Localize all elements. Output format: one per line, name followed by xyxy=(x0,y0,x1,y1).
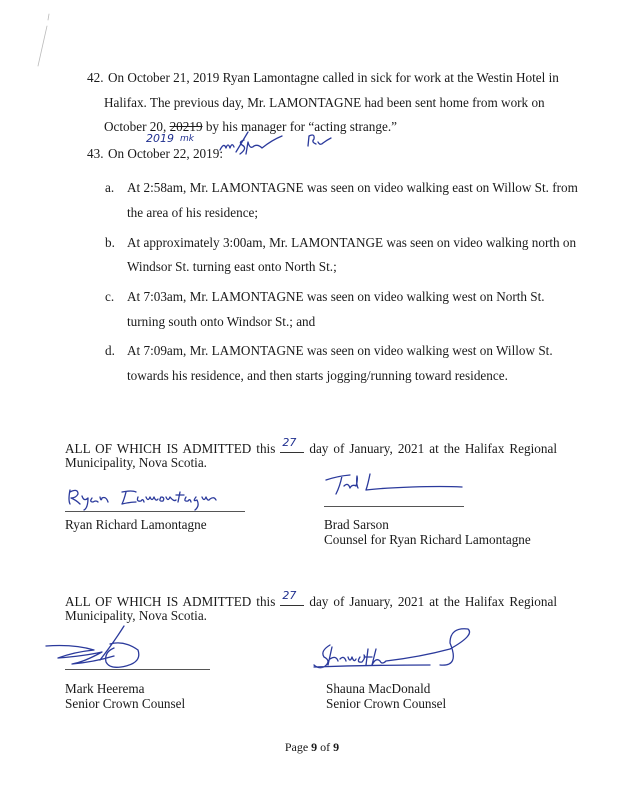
signature-line xyxy=(65,669,210,670)
list-item-text: Windsor St. turning east onto North St.; xyxy=(127,259,337,275)
list-item-text: At 7:09am, Mr. LAMONTAGNE was seen on vi… xyxy=(127,343,553,359)
handwritten-day: 27 xyxy=(282,435,296,450)
handwritten-initials-signature xyxy=(218,128,298,158)
list-item-text: At approximately 3:00am, Mr. LAMONTANGE … xyxy=(127,235,576,251)
paragraph-number: 42. xyxy=(87,70,103,86)
struck-text: 20219 xyxy=(170,119,203,134)
list-item-letter: d. xyxy=(105,343,115,359)
signatory-title: Senior Crown Counsel xyxy=(326,696,446,711)
paragraph-text: Halifax. The previous day, Mr. LAMONTAGN… xyxy=(104,95,545,111)
handwritten-initials-rl xyxy=(305,130,335,150)
admission-statement-line2: Municipality, Nova Scotia. xyxy=(65,455,207,470)
list-item-letter: b. xyxy=(105,235,115,251)
signature-line xyxy=(324,506,464,507)
paragraph-text: On October 22, 2019: xyxy=(108,146,223,162)
signature-line xyxy=(65,511,245,512)
list-item-letter: a. xyxy=(105,180,114,196)
margin-stray-mark xyxy=(30,8,60,78)
signatory-title: Counsel for Ryan Richard Lamontagne xyxy=(324,532,531,547)
list-item-text: At 7:03am, Mr. LAMONTAGNE was seen on vi… xyxy=(127,289,545,305)
page-footer: Page 9 of 9 xyxy=(0,740,624,755)
list-item-text: At 2:58am, Mr. LAMONTAGNE was seen on vi… xyxy=(127,180,578,196)
signature-brad-sarson xyxy=(322,470,472,500)
total-pages: 9 xyxy=(333,740,339,754)
day-blank: 27 xyxy=(280,440,304,453)
list-item-letter: c. xyxy=(105,289,114,305)
paragraph-text: On October 21, 2019 Ryan Lamontagne call… xyxy=(108,70,559,86)
signatory-name: Brad Sarson xyxy=(324,517,389,532)
signatory-title: Senior Crown Counsel xyxy=(65,696,185,711)
signatory-name: Shauna MacDonald xyxy=(326,681,430,696)
admission-statement: ALL OF WHICH IS ADMITTED this 27 day of … xyxy=(65,593,557,609)
handwritten-initials: mk xyxy=(180,134,194,144)
signatory-name: Ryan Richard Lamontagne xyxy=(65,517,207,532)
handwritten-correction: 2019 xyxy=(146,132,174,145)
signature-shauna-macdonald xyxy=(310,625,500,675)
list-item-text: towards his residence, and then starts j… xyxy=(127,368,508,384)
day-blank: 27 xyxy=(280,593,304,606)
list-item-text: turning south onto Windsor St.; and xyxy=(127,314,315,330)
handwritten-day: 27 xyxy=(282,588,296,603)
signature-ryan-lamontagne xyxy=(66,486,251,514)
admission-statement: ALL OF WHICH IS ADMITTED this 27 day of … xyxy=(65,440,557,456)
paragraph-number: 43. xyxy=(87,146,103,162)
list-item-text: the area of his residence; xyxy=(127,205,258,221)
signatory-name: Mark Heerema xyxy=(65,681,144,696)
admission-statement-line2: Municipality, Nova Scotia. xyxy=(65,608,207,623)
